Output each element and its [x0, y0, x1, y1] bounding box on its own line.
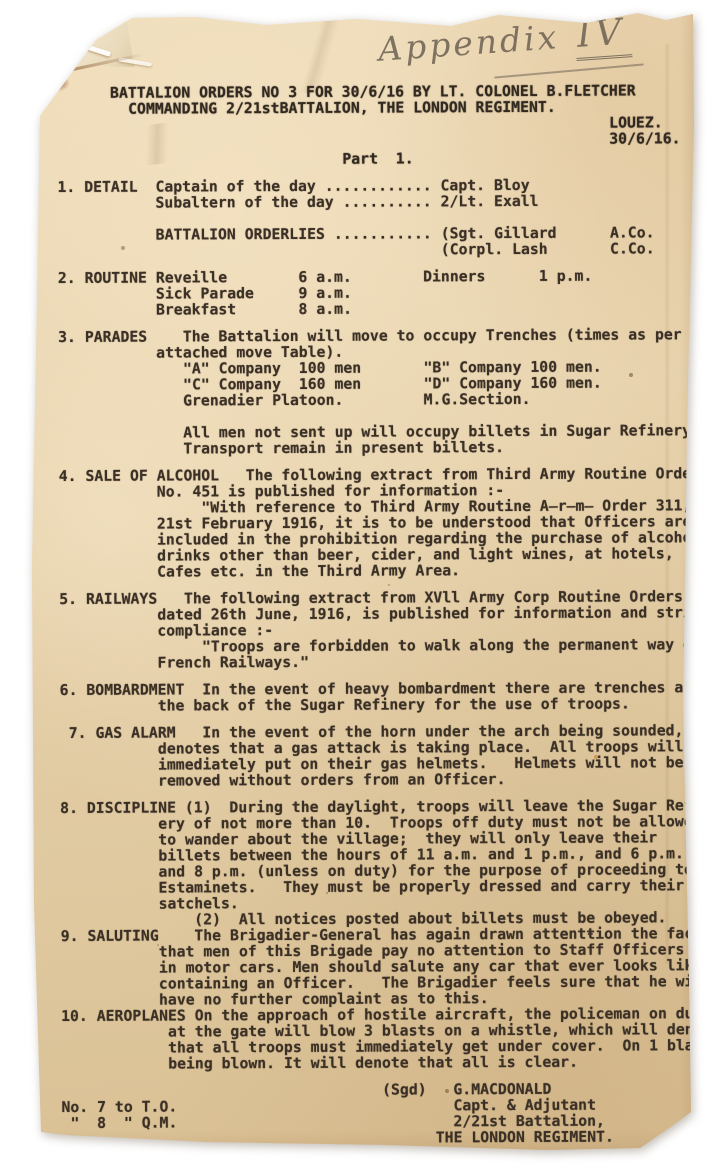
- document-paper: AppendixIV BATTALION ORDERS NO 3 FOR 30/…: [26, 4, 698, 1156]
- doc-line: being blown. It will denote that all is …: [61, 1054, 708, 1073]
- doc-line: the back of the Sugar Refinery for the u…: [60, 696, 708, 715]
- doc-line: Transport remain in present billets.: [59, 439, 708, 458]
- handwritten-appendix-note: AppendixIV: [377, 11, 633, 70]
- section-aeroplanes: 10. AEROPLANES On the approach of hostil…: [61, 1006, 708, 1073]
- section-parades: 3. PARADES The Battalion will move to oc…: [58, 327, 708, 458]
- doc-line: 3. PARADES The Battalion will move to oc…: [58, 327, 708, 346]
- signature-block: (Sgd) G.MACDONALDNo. 7 to T.O. Capt. & A…: [61, 1081, 708, 1148]
- part-heading: Part 1.: [342, 150, 708, 168]
- section-discipline: 8. DISCIPLINE (1) During the daylight, t…: [60, 798, 708, 929]
- section-railways: 5. RAILWAYS The following extract from X…: [59, 589, 708, 672]
- doc-line: (Corpl. Lash C.Co.: [58, 241, 708, 260]
- doc-line: Cafes etc. in the Third Army Area.: [59, 562, 708, 581]
- appendix-numeral: IV: [574, 11, 633, 61]
- doc-line: French Railways.": [59, 653, 708, 672]
- signature-line: THE LONDON REGIMENT.: [62, 1129, 708, 1148]
- section-routine: 2. ROUTINE Reveille 6 a.m. Dinners 1 p.m…: [58, 268, 708, 319]
- doc-line: Estaminets. They must be properly dresse…: [60, 878, 708, 897]
- date-line: 30/6/16.: [609, 131, 708, 148]
- doc-line: Breakfast 8 a.m.: [58, 300, 708, 319]
- typewritten-content: BATTALION ORDERS NO 3 FOR 30/6/16 BY LT.…: [57, 83, 708, 1148]
- section-bombardment: 6. BOMBARDMENT In the event of heavy bom…: [60, 680, 708, 715]
- doc-line: removed without orders from an Officer.: [60, 771, 708, 790]
- scan-background: AppendixIV BATTALION ORDERS NO 3 FOR 30/…: [0, 0, 708, 1166]
- section-detail: 1. DETAIL Captain of the day ...........…: [57, 177, 708, 260]
- paper-specks: [26, 4, 28, 6]
- orders-header: BATTALION ORDERS NO 3 FOR 30/6/16 BY LT.…: [57, 83, 708, 169]
- doc-line: dated 26th June, 1916, is published for …: [59, 605, 708, 624]
- section-sale-of-alcohol: 4. SALE OF ALCOHOL The following extract…: [59, 466, 708, 581]
- section-saluting: 9. SALUTING The Brigadier-General has ag…: [61, 926, 708, 1009]
- place-line: LOUEZ.: [609, 115, 708, 132]
- section-gas-alarm: 7. GAS ALARM In the event of the horn un…: [60, 723, 708, 790]
- doc-line: "Troops are forbidden to walk along the …: [59, 637, 708, 656]
- pencil-underline: [494, 63, 644, 78]
